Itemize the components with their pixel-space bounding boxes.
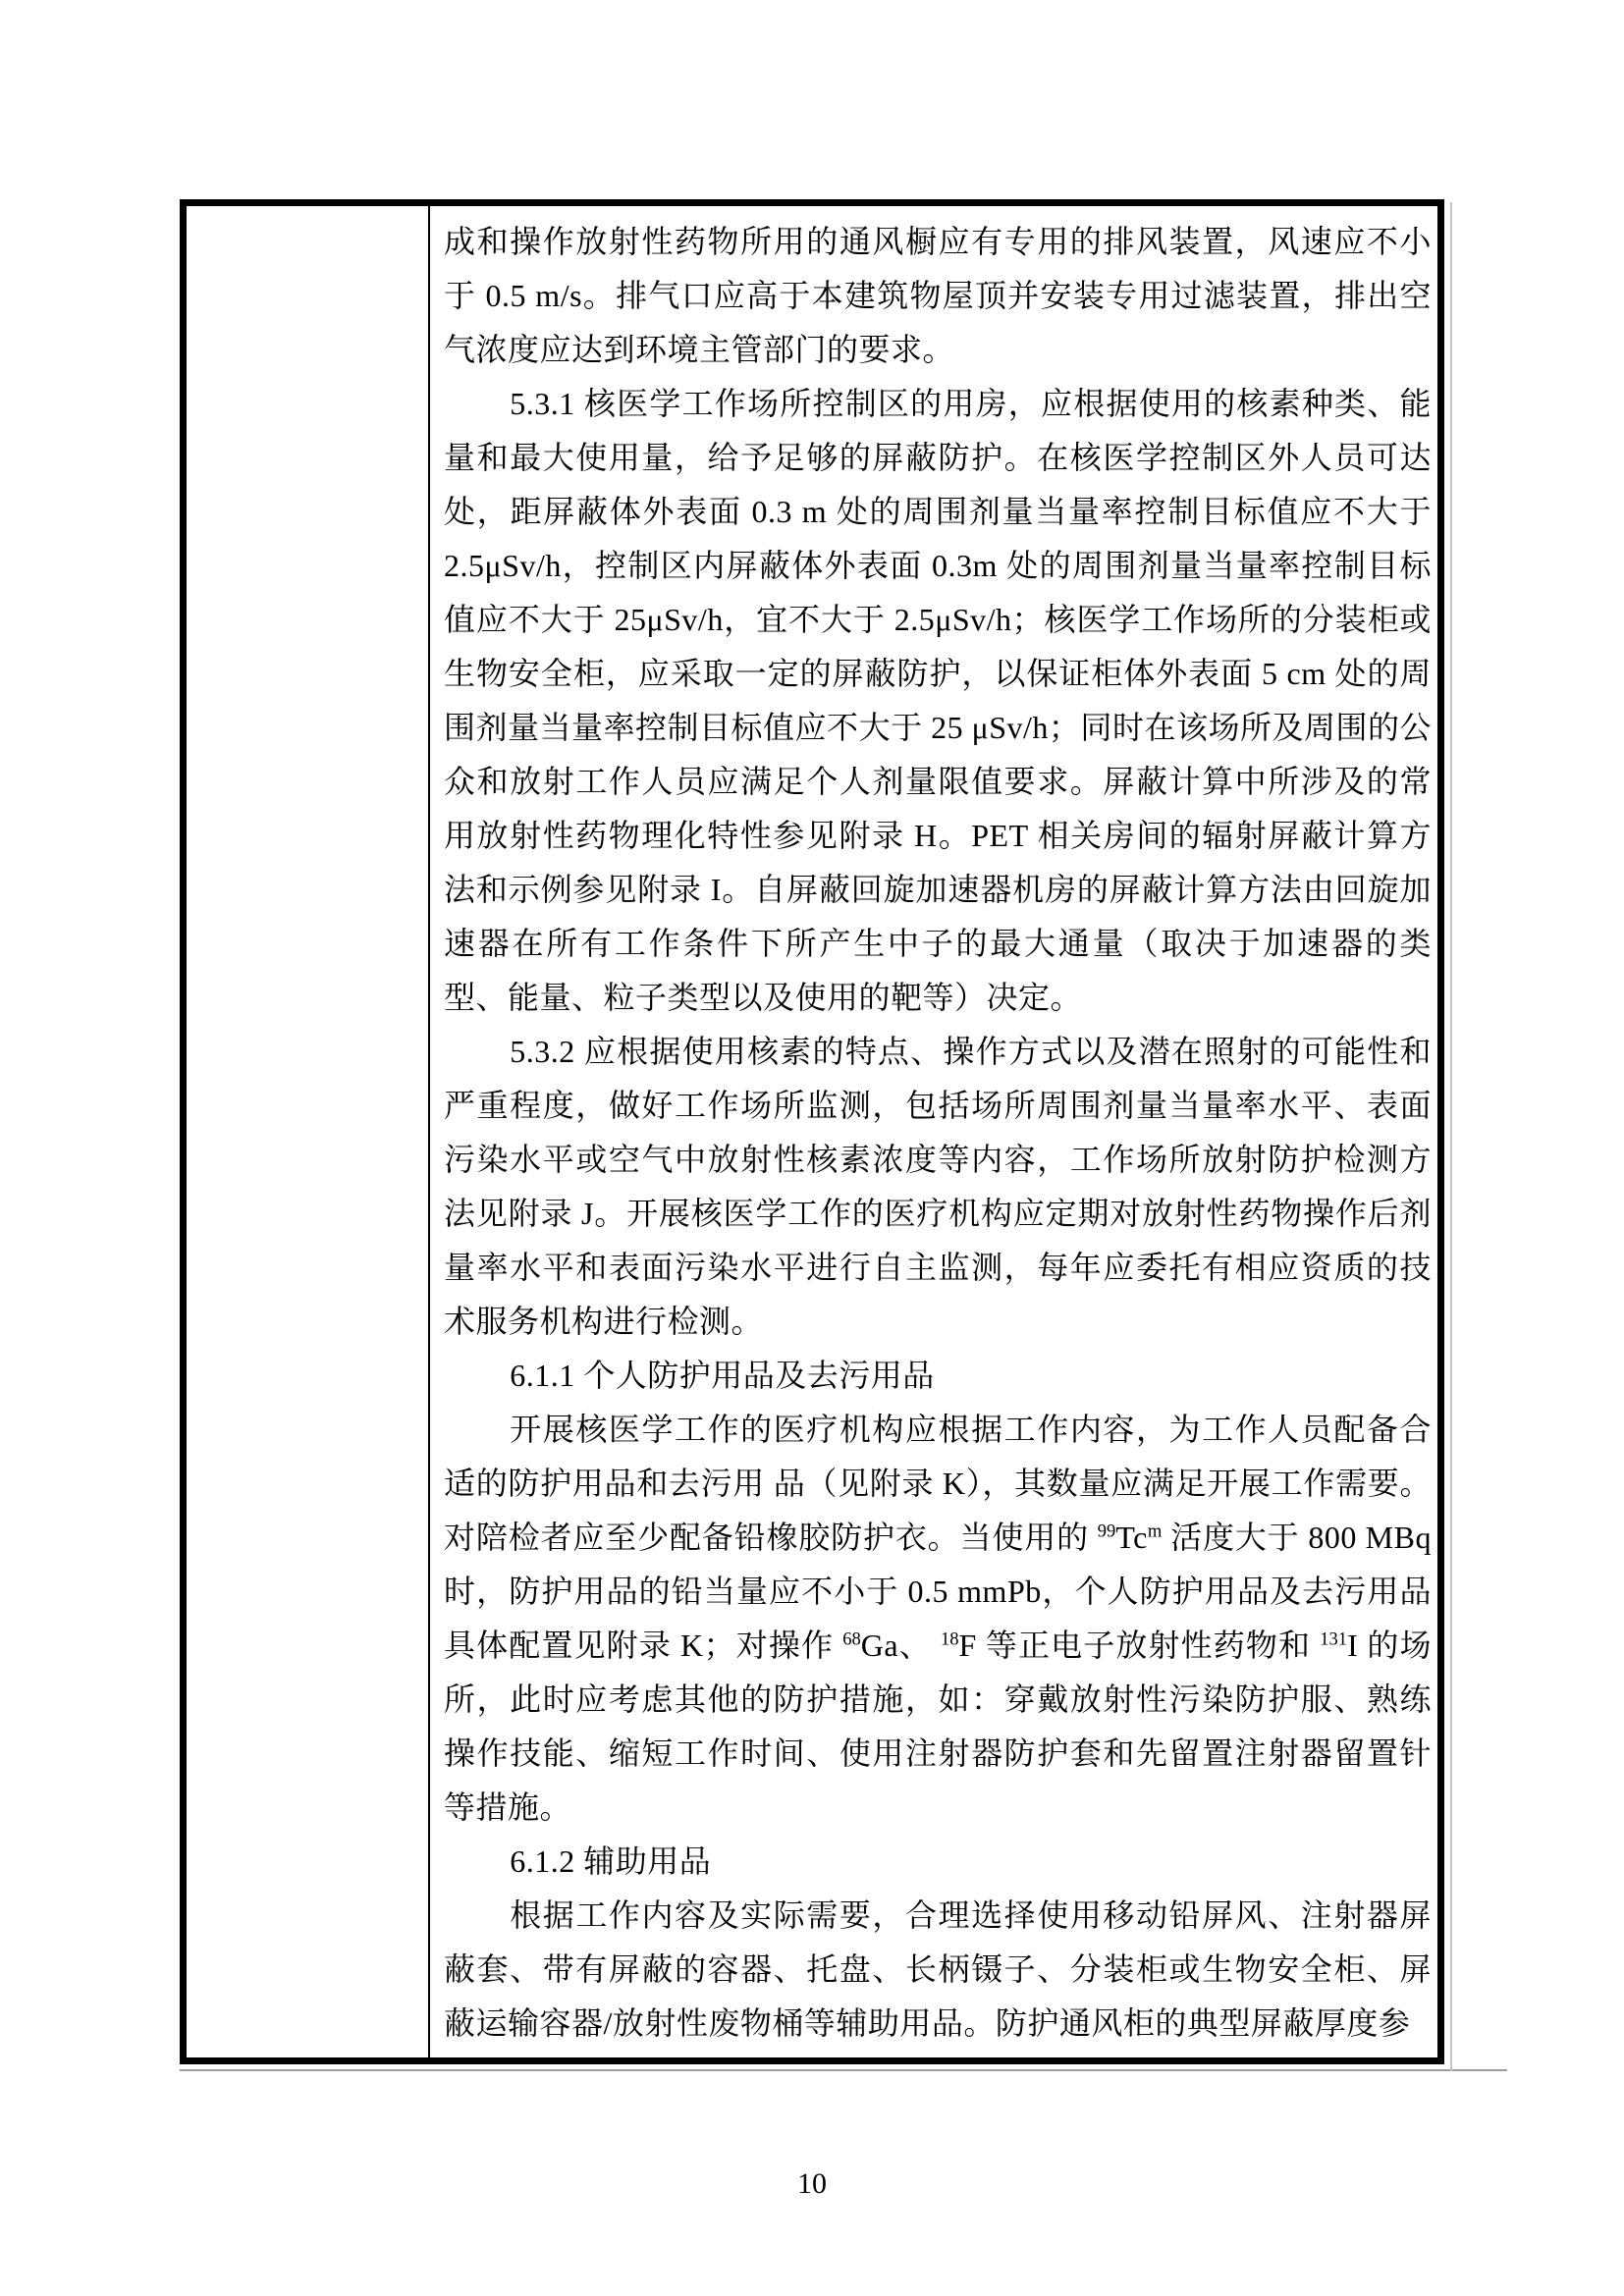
text-run: Tc [1115,1520,1148,1555]
text-run: 成和操作放射性药物所用的通风橱应有专用的排风装置，风速应不小于 0.5 m/s。… [444,224,1432,367]
superscript-isotope-mass: 99 [1098,1521,1116,1541]
section-heading: 6.1.2 辅助用品 [444,1835,1432,1889]
scan-artifact-line-bottom [180,2069,1507,2071]
paragraph: 开展核医学工作的医疗机构应根据工作内容，为工作人员配备合适的防护用品和去污用 品… [444,1403,1432,1835]
paragraph: 根据工作内容及实际需要，合理选择使用移动铅屏风、注射器屏蔽套、带有屏蔽的容器、托… [444,1889,1432,2051]
text-run: 6.1.1 个人防护用品及去污用品 [510,1358,935,1393]
text-run: 5.3.2 应根据使用核素的特点、操作方式以及潜在照射的可能性和严重程度，做好工… [444,1034,1432,1339]
text-run: F 等正电子放射性药物和 [958,1628,1320,1663]
text-run: Ga、 [861,1628,941,1663]
paragraph: 5.3.2 应根据使用核素的特点、操作方式以及潜在照射的可能性和严重程度，做好工… [444,1025,1432,1349]
text-run: 5.3.1 核医学工作场所控制区的用房，应根据使用的核素种类、能量和最大使用量，… [444,386,1432,1015]
section-heading: 6.1.1 个人防护用品及去污用品 [444,1349,1432,1403]
table-cell-left [187,206,430,2057]
paragraphs-container: 成和操作放射性药物所用的通风橱应有专用的排风装置，风速应不小于 0.5 m/s。… [444,215,1432,2051]
scan-artifact-line-right [1450,202,1452,2071]
table-cell-right: 成和操作放射性药物所用的通风橱应有专用的排风装置，风速应不小于 0.5 m/s。… [430,206,1437,2057]
text-run: 6.1.2 辅助用品 [510,1843,711,1879]
content-table: 成和操作放射性药物所用的通风橱应有专用的排风装置，风速应不小于 0.5 m/s。… [180,199,1444,2064]
superscript-isotope-mass: m [1148,1521,1162,1541]
page-number: 10 [180,2167,1444,2201]
paragraph: 成和操作放射性药物所用的通风橱应有专用的排风装置，风速应不小于 0.5 m/s。… [444,215,1432,377]
superscript-isotope-mass: 18 [941,1629,959,1649]
superscript-isotope-mass: 131 [1320,1629,1347,1649]
superscript-isotope-mass: 68 [842,1629,861,1649]
document-page: { "document": { "page_number": "10", "ta… [0,0,1624,2296]
page: 成和操作放射性药物所用的通风橱应有专用的排风装置，风速应不小于 0.5 m/s。… [0,0,1624,2296]
text-run: 根据工作内容及实际需要，合理选择使用移动铅屏风、注射器屏蔽套、带有屏蔽的容器、托… [444,1897,1432,2041]
paragraph: 5.3.1 核医学工作场所控制区的用房，应根据使用的核素种类、能量和最大使用量，… [444,377,1432,1025]
